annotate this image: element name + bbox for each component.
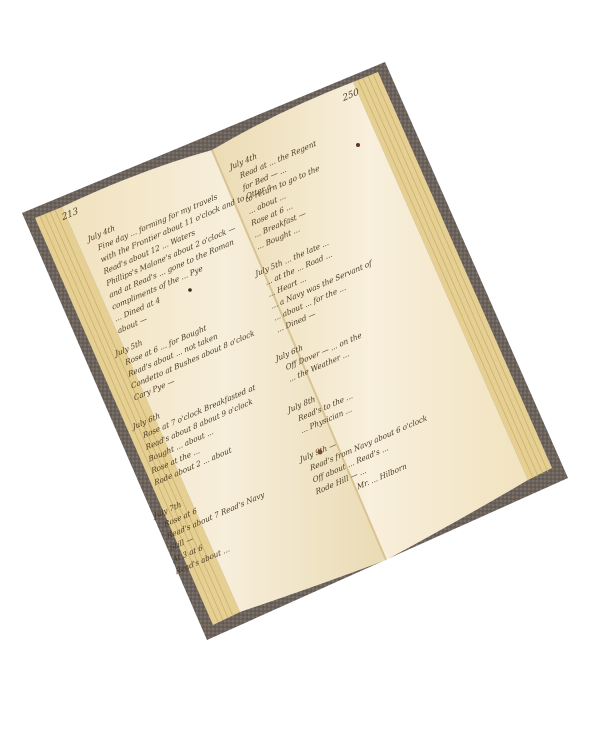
journal-photo: 213 July 4th Fine day ... forming for my… bbox=[0, 0, 600, 734]
ink-blot bbox=[188, 288, 192, 292]
ink-blot bbox=[356, 143, 360, 147]
ink-blot bbox=[318, 450, 323, 455]
book-illustration: 213 July 4th Fine day ... forming for my… bbox=[0, 0, 600, 734]
